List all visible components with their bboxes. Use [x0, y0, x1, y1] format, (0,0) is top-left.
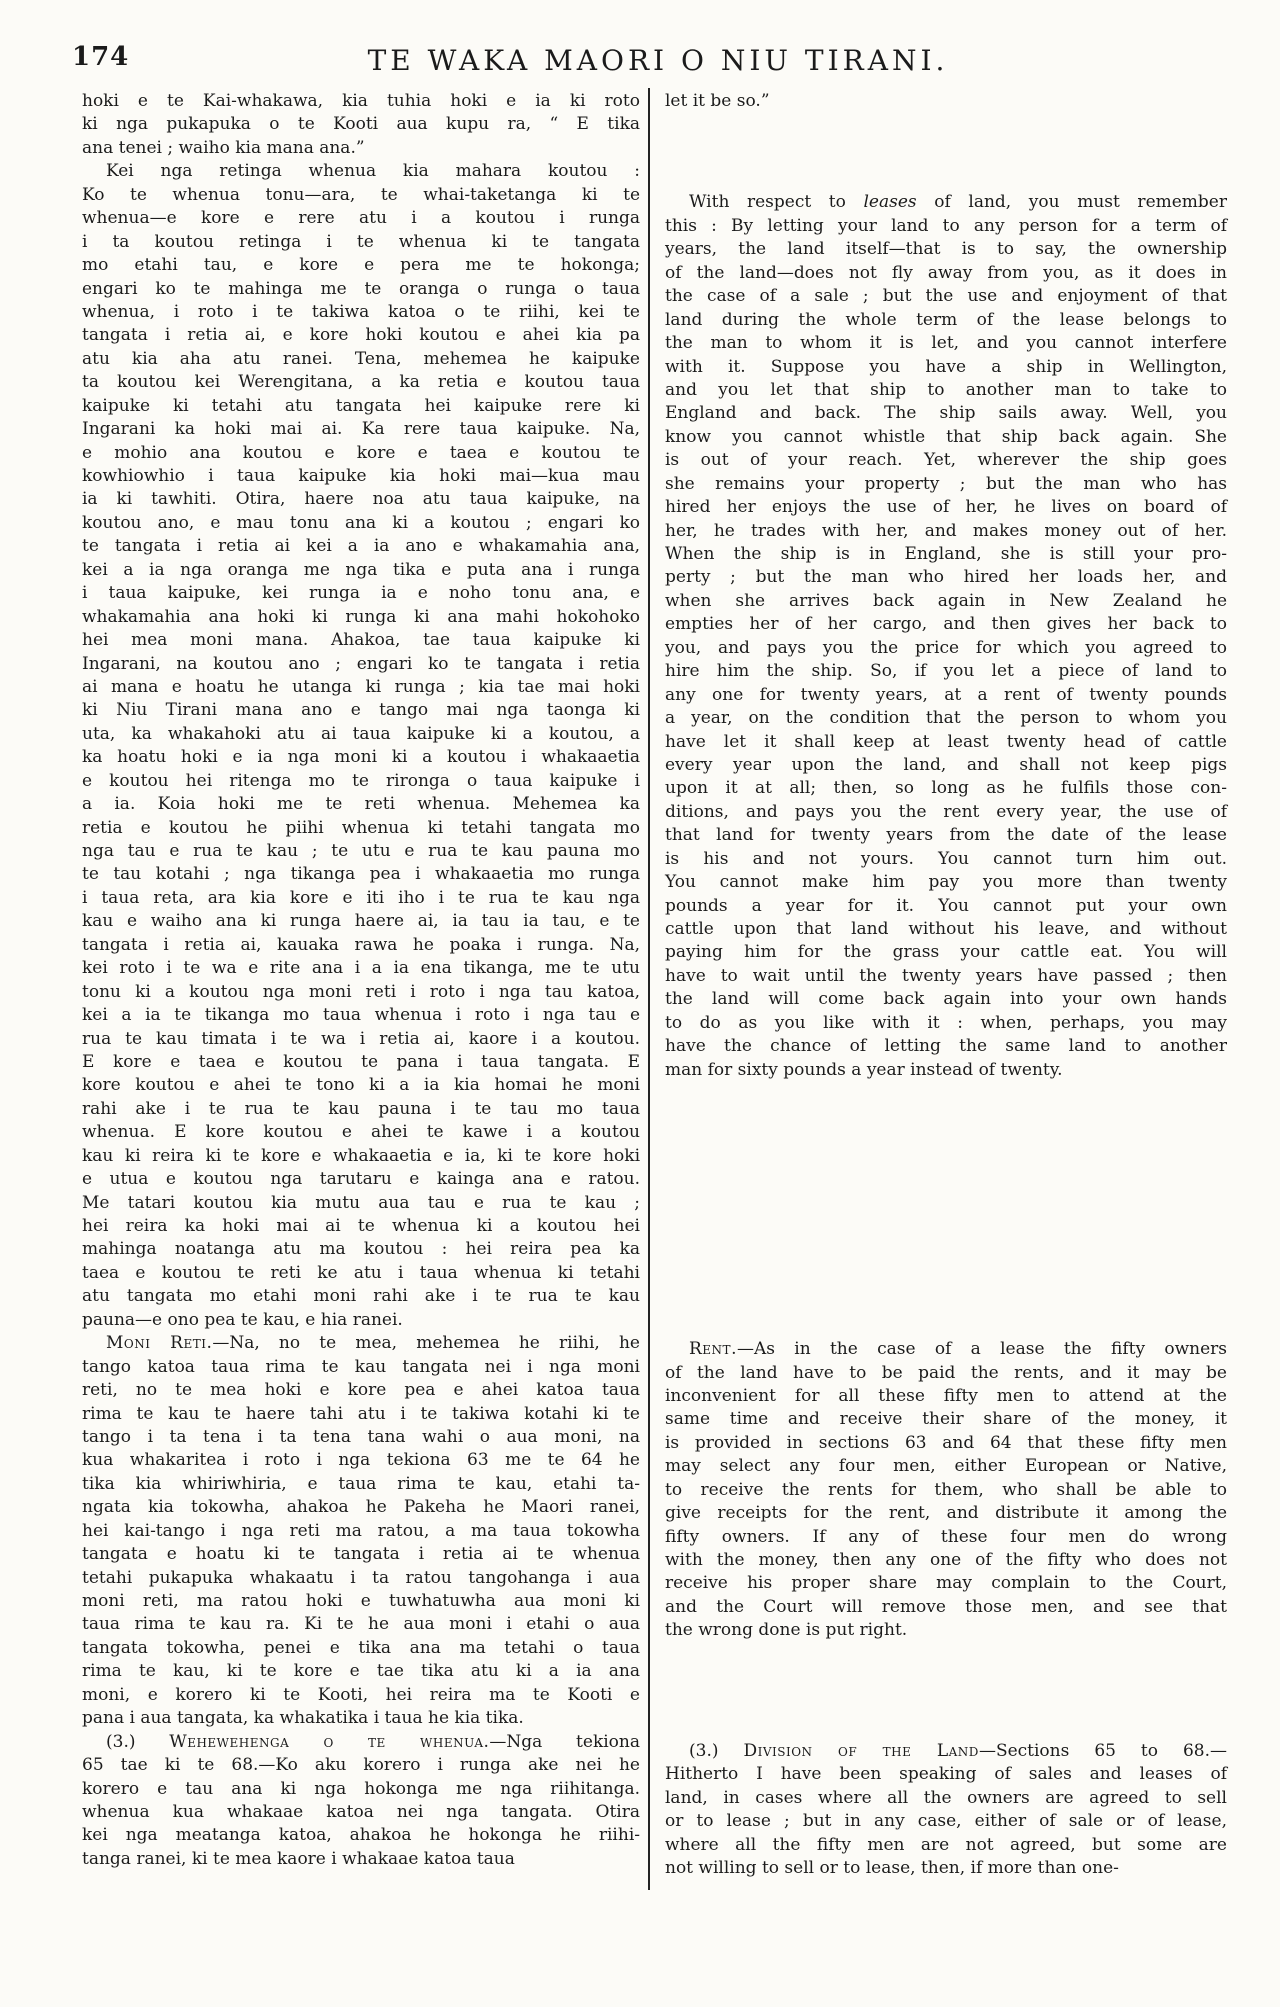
- text-line: tangata i retia ai, e kore hoki koutou e…: [82, 324, 640, 347]
- paragraph: Rent.—As in the case of a lease the fift…: [665, 1338, 1227, 1643]
- text-line: Kei nga retinga whenua kia mahara koutou…: [82, 160, 640, 183]
- column-divider: [648, 88, 650, 1890]
- text-line: hoki e te Kai-whakawa, kia tuhia hoki e …: [82, 90, 640, 113]
- text-line: ana tenei ; waiho kia mana ana.”: [82, 137, 640, 160]
- text-line: have the chance of letting the same land…: [665, 1035, 1227, 1058]
- text-line: moni reti, ma ratou hoki e tuwhatuwha au…: [82, 1590, 640, 1613]
- newspaper-page: { "page": { "number": "174", "title": "T…: [0, 0, 1280, 2007]
- text-line: land during the whole term of the lease …: [665, 309, 1227, 332]
- text-line: engari ko te mahinga me te oranga o rung…: [82, 278, 640, 301]
- text-line: nga tau e rua te kau ; te utu e rua te k…: [82, 840, 640, 863]
- text-line: with the money, then any one of the fift…: [665, 1549, 1227, 1572]
- text-line: hei kai-tango i nga reti ma ratou, a ma …: [82, 1520, 640, 1543]
- text-line: atu tangata mo etahi moni rahi ake i te …: [82, 1285, 640, 1308]
- text-line: Ko te whenua tonu—ara, te whai-taketanga…: [82, 184, 640, 207]
- text-line: have let it shall keep at least twenty h…: [665, 731, 1227, 754]
- text-line: kei a ia te tikanga mo taua whenua i rot…: [82, 1004, 640, 1027]
- text-line: pauna—e ono pea te kau, e hia ranei.: [82, 1309, 640, 1332]
- text-line: koutou ano, e mau tonu ana ki a koutou ;…: [82, 512, 640, 535]
- text-line: that land for twenty years from the date…: [665, 824, 1227, 847]
- text-line: tangata e hoatu ki te tangata i retia ai…: [82, 1543, 640, 1566]
- text-line: reti, no te mea hoki e kore pea e ahei k…: [82, 1379, 640, 1402]
- text-line: ditions, and pays you the rent every yea…: [665, 801, 1227, 824]
- text-line: ai mana e hoatu he utanga ki runga ; kia…: [82, 676, 640, 699]
- text-line: to do as you like with it : when, perhap…: [665, 1012, 1227, 1035]
- text-line: the wrong done is put right.: [665, 1619, 1227, 1642]
- text-line: Ingarani, na koutou ano ; engari ko te t…: [82, 653, 640, 676]
- text-line: tango katoa taua rima te kau tangata nei…: [82, 1356, 640, 1379]
- text-line: taua rima te kau ra. Ki te he aua moni i…: [82, 1613, 640, 1636]
- text-line: upon it at all; then, so long as he fulf…: [665, 777, 1227, 800]
- text-line: kei a ia nga oranga me nga tika e puta a…: [82, 559, 640, 582]
- text-line: a ia. Koia hoki me te reti whenua. Mehem…: [82, 793, 640, 816]
- text-line: hire him the ship. So, if you let a piec…: [665, 660, 1227, 683]
- text-line: mahinga noatanga atu ma koutou : hei rei…: [82, 1238, 640, 1261]
- text-line: tanga ranei, ki te mea kaore i whakaae k…: [82, 1848, 640, 1871]
- text-line: she remains your property ; but the man …: [665, 473, 1227, 496]
- text-line: the land will come back again into your …: [665, 988, 1227, 1011]
- text-line: may select any four men, either European…: [665, 1455, 1227, 1478]
- text-line: whakamahia ana hoki ki runga ki ana mahi…: [82, 606, 640, 629]
- text-line: this : By letting your land to any perso…: [665, 215, 1227, 238]
- text-line: let it be so.”: [665, 90, 1227, 113]
- text-line: moni, e korero ki te Kooti, hei reira ma…: [82, 1684, 640, 1707]
- text-line: is out of your reach. Yet, wherever the …: [665, 449, 1227, 472]
- text-line: kowhiowhio i taua kaipuke kia hoki mai—k…: [82, 465, 640, 488]
- text-line: years, the land itself—that is to say, t…: [665, 238, 1227, 261]
- text-line: kei roto i te wa e rite ana i a ia ena t…: [82, 957, 640, 980]
- text-line: kua whakaritea i roto i nga tekiona 63 m…: [82, 1449, 640, 1472]
- text-line: retia e koutou he piihi whenua ki tetahi…: [82, 817, 640, 840]
- text-line: ngata kia tokowha, ahakoa he Pakeha he M…: [82, 1496, 640, 1519]
- text-line: receive his proper share may complain to…: [665, 1572, 1227, 1595]
- text-line: ki nga pukapuka o te Kooti aua kupu ra, …: [82, 113, 640, 136]
- text-line: is provided in sections 63 and 64 that t…: [665, 1432, 1227, 1455]
- text-line: ka hoatu hoki e ia nga moni ki a koutou …: [82, 746, 640, 769]
- text-line: is his and not yours. You cannot turn hi…: [665, 848, 1227, 871]
- right-column: let it be so.”With respect to leases of …: [665, 90, 1227, 1880]
- text-line: atu kia aha atu ranei. Tena, mehemea he …: [82, 348, 640, 371]
- text-line: kore koutou e ahei te tono ki a ia kia h…: [82, 1074, 640, 1097]
- text-line: you, and pays you the price for which yo…: [665, 637, 1227, 660]
- text-line: any one for twenty years, at a rent of t…: [665, 684, 1227, 707]
- text-line: the man to whom it is let, and you canno…: [665, 332, 1227, 355]
- text-line: Moni Reti.—Na, no te mea, mehemea he rii…: [82, 1332, 640, 1355]
- text-line: give receipts for the rent, and distribu…: [665, 1502, 1227, 1525]
- text-line: whenua. E kore koutou e ahei te kawe i a…: [82, 1121, 640, 1144]
- text-line: with it. Suppose you have a ship in Well…: [665, 356, 1227, 379]
- text-line: paying him for the grass your cattle eat…: [665, 941, 1227, 964]
- paragraph: hoki e te Kai-whakawa, kia tuhia hoki e …: [82, 90, 640, 160]
- text-line: whenua kua whakaae katoa nei nga tangata…: [82, 1801, 640, 1824]
- text-line: i taua kaipuke, kei runga ia e noho tonu…: [82, 582, 640, 605]
- text-line: ta koutou kei Werengitana, a ka retia e …: [82, 371, 640, 394]
- text-line: pounds a year for it. You cannot put you…: [665, 895, 1227, 918]
- text-line: not willing to sell or to lease, then, i…: [665, 1857, 1227, 1880]
- text-line: Hitherto I have been speaking of sales a…: [665, 1763, 1227, 1786]
- text-line: her, he trades with her, and makes money…: [665, 520, 1227, 543]
- paragraph: Kei nga retinga whenua kia mahara koutou…: [82, 160, 640, 1332]
- text-line: 65 tae ki te 68.—Ko aku korero i runga a…: [82, 1754, 640, 1777]
- text-line: korero e tau ana ki nga hokonga me nga r…: [82, 1778, 640, 1801]
- text-line: rahi ake i te rua te kau pauna i te tau …: [82, 1098, 640, 1121]
- text-line: hei reira ka hoki mai ai te whenua ki a …: [82, 1215, 640, 1238]
- text-line: Me tatari koutou kia mutu aua tau e rua …: [82, 1192, 640, 1215]
- text-line: (3.) Division of the Land—Sections 65 to…: [665, 1740, 1227, 1763]
- text-line: of the land have to be paid the rents, a…: [665, 1362, 1227, 1385]
- text-line: of the land—does not fly away from you, …: [665, 262, 1227, 285]
- text-line: kaipuke ki tetahi atu tangata hei kaipuk…: [82, 395, 640, 418]
- text-line: and you let that ship to another man to …: [665, 379, 1227, 402]
- text-line: e utua e koutou nga tarutaru e kainga an…: [82, 1168, 640, 1191]
- text-line: (3.) Wehewehenga o te whenua.—Nga tekion…: [82, 1731, 640, 1754]
- text-line: perty ; but the man who hired her loads …: [665, 566, 1227, 589]
- text-line: With respect to leases of land, you must…: [665, 191, 1227, 214]
- text-line: whenua, i roto i te takiwa katoa o te ri…: [82, 301, 640, 324]
- text-line: rima te kau, ki te kore e tae tika atu k…: [82, 1660, 640, 1683]
- page-title: TE WAKA MAORI O NIU TIRANI.: [368, 44, 949, 77]
- text-line: pana i aua tangata, ka whakatika i taua …: [82, 1707, 640, 1730]
- text-line: hired her enjoys the use of her, he live…: [665, 496, 1227, 519]
- text-line: You cannot make him pay you more than tw…: [665, 871, 1227, 894]
- text-line: i ta koutou retinga i te whenua ki te ta…: [82, 231, 640, 254]
- text-line: te tangata i retia ai kei a ia ano e wha…: [82, 535, 640, 558]
- text-line: cattle upon that land without his leave,…: [665, 918, 1227, 941]
- page-number: 174: [72, 42, 129, 72]
- text-line: man for sixty pounds a year instead of t…: [665, 1059, 1227, 1082]
- text-line: every year upon the land, and shall not …: [665, 754, 1227, 777]
- text-line: rua te kau timata i te wa i retia ai, ka…: [82, 1028, 640, 1051]
- text-line: tangata tokowha, penei e tika ana ma tet…: [82, 1637, 640, 1660]
- paragraph: (3.) Wehewehenga o te whenua.—Nga tekion…: [82, 1731, 640, 1872]
- text-line: the case of a sale ; but the use and enj…: [665, 285, 1227, 308]
- text-line: Rent.—As in the case of a lease the fift…: [665, 1338, 1227, 1361]
- text-line: where all the fifty men are not agreed, …: [665, 1834, 1227, 1857]
- text-line: i taua reta, ara kia kore e iti iho i te…: [82, 887, 640, 910]
- text-line: tika kia whiriwhiria, e taua rima te kau…: [82, 1473, 640, 1496]
- paragraph: Moni Reti.—Na, no te mea, mehemea he rii…: [82, 1332, 640, 1730]
- paragraph: With respect to leases of land, you must…: [665, 191, 1227, 1082]
- text-line: land, in cases where all the owners are …: [665, 1787, 1227, 1810]
- text-line: Ingarani ka hoki mai ai. Ka rere taua ka…: [82, 418, 640, 441]
- text-line: tangata i retia ai, kauaka rawa he poaka…: [82, 934, 640, 957]
- text-line: kau ki reira ki te kore e whakaaetia e i…: [82, 1145, 640, 1168]
- text-line: E kore e taea e koutou te pana i taua ta…: [82, 1051, 640, 1074]
- paragraph: (3.) Division of the Land—Sections 65 to…: [665, 1740, 1227, 1881]
- text-line: tonu ki a koutou nga moni reti i roto i …: [82, 981, 640, 1004]
- text-line: same time and receive their share of the…: [665, 1408, 1227, 1431]
- text-line: tango i ta tena i ta tena tana wahi o au…: [82, 1426, 640, 1449]
- text-line: When the ship is in England, she is stil…: [665, 543, 1227, 566]
- text-line: fifty owners. If any of these four men d…: [665, 1526, 1227, 1549]
- text-line: mo etahi tau, e kore e pera me te hokong…: [82, 254, 640, 277]
- text-line: and the Court will remove those men, and…: [665, 1596, 1227, 1619]
- text-line: hei mea moni mana. Ahakoa, tae taua kaip…: [82, 629, 640, 652]
- text-line: kei nga meatanga katoa, ahakoa he hokong…: [82, 1824, 640, 1847]
- text-line: tetahi pukapuka whakaatu i ta ratou tang…: [82, 1567, 640, 1590]
- text-line: a year, on the condition that the person…: [665, 707, 1227, 730]
- text-line: ia ki tawhiti. Otira, haere noa atu taua…: [82, 488, 640, 511]
- text-line: when she arrives back again in New Zeala…: [665, 590, 1227, 613]
- text-line: empties her of her cargo, and then gives…: [665, 613, 1227, 636]
- text-line: kau e waiho ana ki runga haere ai, ia ta…: [82, 910, 640, 933]
- text-line: ki Niu Tirani mana ano e tango mai nga t…: [82, 699, 640, 722]
- text-line: or to lease ; but in any case, either of…: [665, 1810, 1227, 1833]
- text-line: te tau kotahi ; nga tikanga pea i whakaa…: [82, 863, 640, 886]
- text-line: have to wait until the twenty years have…: [665, 965, 1227, 988]
- text-line: e mohio ana koutou e kore e taea e kouto…: [82, 442, 640, 465]
- text-line: whenua—e kore e rere atu i a koutou i ru…: [82, 207, 640, 230]
- text-line: rima te kau te haere tahi atu i te takiw…: [82, 1403, 640, 1426]
- text-line: e koutou hei ritenga mo te rironga o tau…: [82, 770, 640, 793]
- text-line: England and back. The ship sails away. W…: [665, 402, 1227, 425]
- text-line: uta, ka whakahoki atu ai taua kaipuke ki…: [82, 723, 640, 746]
- text-line: taea e koutou te reti ke atu i taua when…: [82, 1262, 640, 1285]
- text-line: to receive the rents for them, who shall…: [665, 1479, 1227, 1502]
- paragraph: let it be so.”: [665, 90, 1227, 113]
- text-line: know you cannot whistle that ship back a…: [665, 426, 1227, 449]
- left-column: hoki e te Kai-whakawa, kia tuhia hoki e …: [82, 90, 640, 1871]
- text-line: inconvenient for all these fifty men to …: [665, 1385, 1227, 1408]
